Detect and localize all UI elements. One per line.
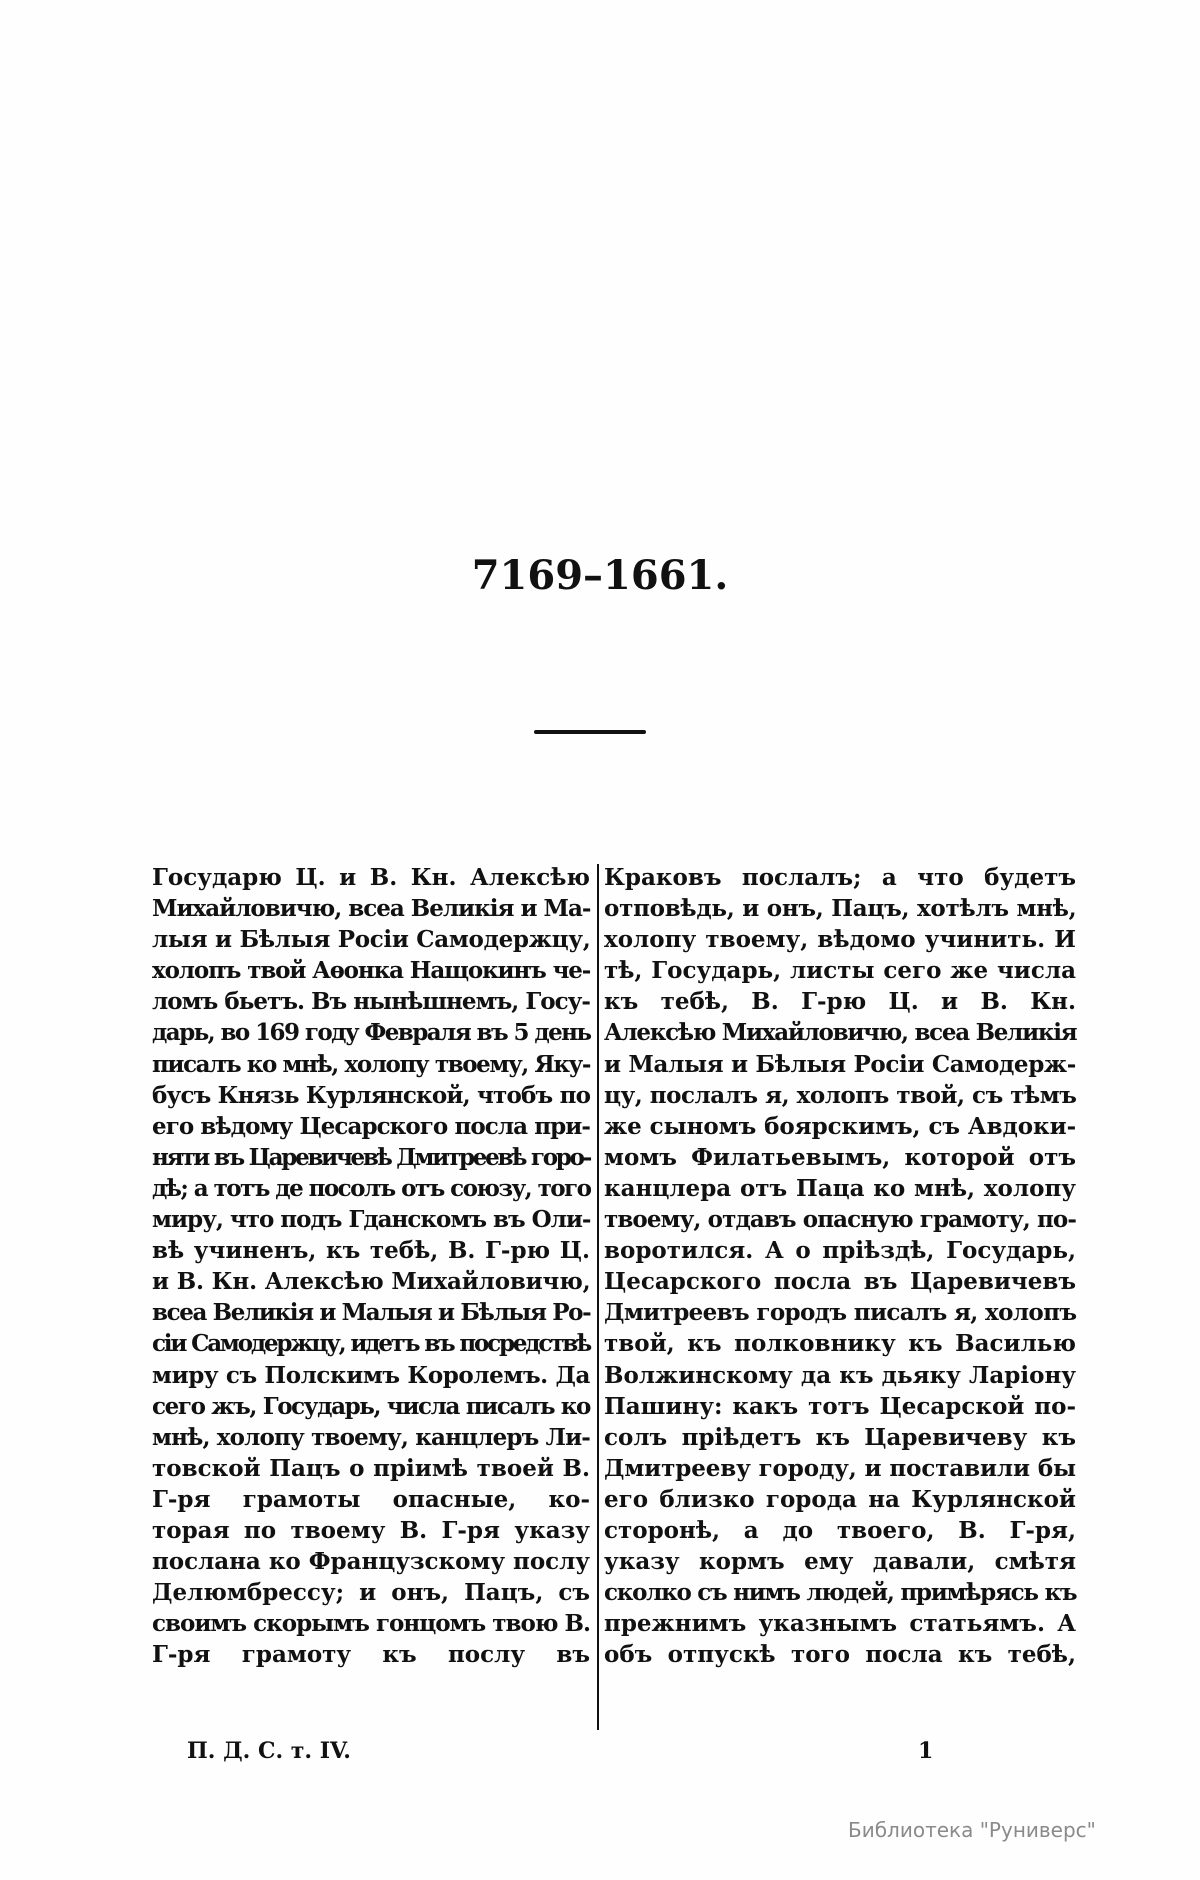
text-line: холопъ твой Аѳонка Нащокинъ че- xyxy=(152,955,590,986)
text-line: товской Пацъ о пріимѣ твоей В. xyxy=(152,1453,590,1484)
text-line: холопу твоему, вѣдомо учинить. И xyxy=(604,924,1076,955)
text-line: Дмитрееву городу, и поставили бы xyxy=(604,1453,1076,1484)
text-line: вѣ учиненъ, къ тебѣ, В. Г-рю Ц. xyxy=(152,1235,590,1266)
text-line: Краковъ послалъ; а что будетъ xyxy=(604,862,1076,893)
text-line: Волжинскому да къ дьяку Ларіону xyxy=(604,1360,1076,1391)
text-line: и Малыя и Бѣлыя Росіи Самодерж- xyxy=(604,1049,1076,1080)
page-number: 1 xyxy=(918,1738,933,1764)
text-line: Цесарского посла въ Царевичевъ xyxy=(604,1266,1076,1297)
text-line: послана ко Французскому послу xyxy=(152,1546,590,1577)
text-line: мнѣ, холопу твоему, канцлеръ Ли- xyxy=(152,1422,590,1453)
text-line: писалъ ко мнѣ, холопу твоему, Яку- xyxy=(152,1049,590,1080)
text-line: няти въ Царевичевѣ Дмитреевѣ горо- xyxy=(152,1142,590,1173)
text-line: торая по твоему В. Г-ря указу xyxy=(152,1515,590,1546)
text-line: Г-ря грамоты опасные, ко- xyxy=(152,1484,590,1515)
text-line: тѣ, Государь, листы сего же числа xyxy=(604,955,1076,986)
text-line: Делюмбрессу; и онъ, Пацъ, съ xyxy=(152,1577,590,1608)
heading-divider-rule xyxy=(534,730,646,734)
text-line: канцлера отъ Паца ко мнѣ, холопу xyxy=(604,1173,1076,1204)
text-line: бусъ Князь Курлянской, чтобъ по xyxy=(152,1080,590,1111)
text-line: ломъ бьетъ. Въ нынѣшнемъ, Госу- xyxy=(152,986,590,1017)
text-line: Государю Ц. и В. Кн. Алексѣю xyxy=(152,862,590,893)
text-line: Г-ря грамоту къ послу въ xyxy=(152,1639,590,1670)
text-line: Дмитреевъ городъ писалъ я, холопъ xyxy=(604,1297,1076,1328)
text-line: отповѣдь, и онъ, Пацъ, хотѣлъ мнѣ, xyxy=(604,893,1076,924)
library-watermark: Библиотека "Руниверс" xyxy=(848,1818,1096,1842)
text-line: прежнимъ указнымъ статьямъ. А xyxy=(604,1608,1076,1639)
text-line: его близко города на Курлянской xyxy=(604,1484,1076,1515)
text-line: воротился. А о пріѣздѣ, Государь, xyxy=(604,1235,1076,1266)
text-line: цу, послалъ я, холопъ твой, съ тѣмъ xyxy=(604,1080,1076,1111)
text-line: его вѣдому Цесарского посла при- xyxy=(152,1111,590,1142)
text-line: Алексѣю Михайловичю, всеа Великія xyxy=(604,1017,1076,1048)
text-line: объ отпускѣ того посла къ тебѣ, xyxy=(604,1639,1076,1670)
text-line: указу кормъ ему давали, смѣтя xyxy=(604,1546,1076,1577)
text-line: дѣ; а тотъ де посолъ отъ союзу, того xyxy=(152,1173,590,1204)
column-separator-line xyxy=(597,864,599,1730)
text-line: лыя и Бѣлыя Росіи Самодержцу, xyxy=(152,924,590,955)
signature-mark: П. Д. С. т. IV. xyxy=(187,1738,351,1764)
text-line: Пашину: какъ тотъ Цесарской по- xyxy=(604,1391,1076,1422)
text-line: твой, къ полковнику къ Василью xyxy=(604,1328,1076,1359)
text-line: твоему, отдавъ опасную грамоту, по- xyxy=(604,1204,1076,1235)
text-line: дарь, во 169 году Февраля въ 5 день xyxy=(152,1017,590,1048)
text-line: Михайловичю, всеа Великія и Ма- xyxy=(152,893,590,924)
text-line: и В. Кн. Алексѣю Михайловичю, xyxy=(152,1266,590,1297)
text-line: сего жъ, Государь, числа писалъ ко xyxy=(152,1391,590,1422)
text-line: солъ пріѣдетъ къ Царевичеву къ xyxy=(604,1422,1076,1453)
page-heading-years: 7169–1661. xyxy=(0,552,1200,599)
text-line: миру съ Полскимъ Королемъ. Да xyxy=(152,1360,590,1391)
text-line: всеа Великія и Малыя и Бѣлыя Ро- xyxy=(152,1297,590,1328)
text-line: же сыномъ боярскимъ, съ Авдоки- xyxy=(604,1111,1076,1142)
text-line: миру, что подъ Гданскомъ въ Оли- xyxy=(152,1204,590,1235)
right-text-column: Краковъ послалъ; а что будетъотповѣдь, и… xyxy=(604,862,1076,1670)
text-line: момъ Филатьевымъ, которой отъ xyxy=(604,1142,1076,1173)
text-line: сторонѣ, а до твоего, В. Г-ря, xyxy=(604,1515,1076,1546)
text-line: сіи Самодержцу, идетъ въ посредствѣ xyxy=(152,1328,590,1359)
text-line: своимъ скорымъ гонцомъ твою В. xyxy=(152,1608,590,1639)
text-line: къ тебѣ, В. Г-рю Ц. и В. Кн. xyxy=(604,986,1076,1017)
left-text-column: Государю Ц. и В. Кн. АлексѣюМихайловичю,… xyxy=(152,862,590,1670)
text-line: сколко съ нимъ людей, примѣрясь къ xyxy=(604,1577,1076,1608)
